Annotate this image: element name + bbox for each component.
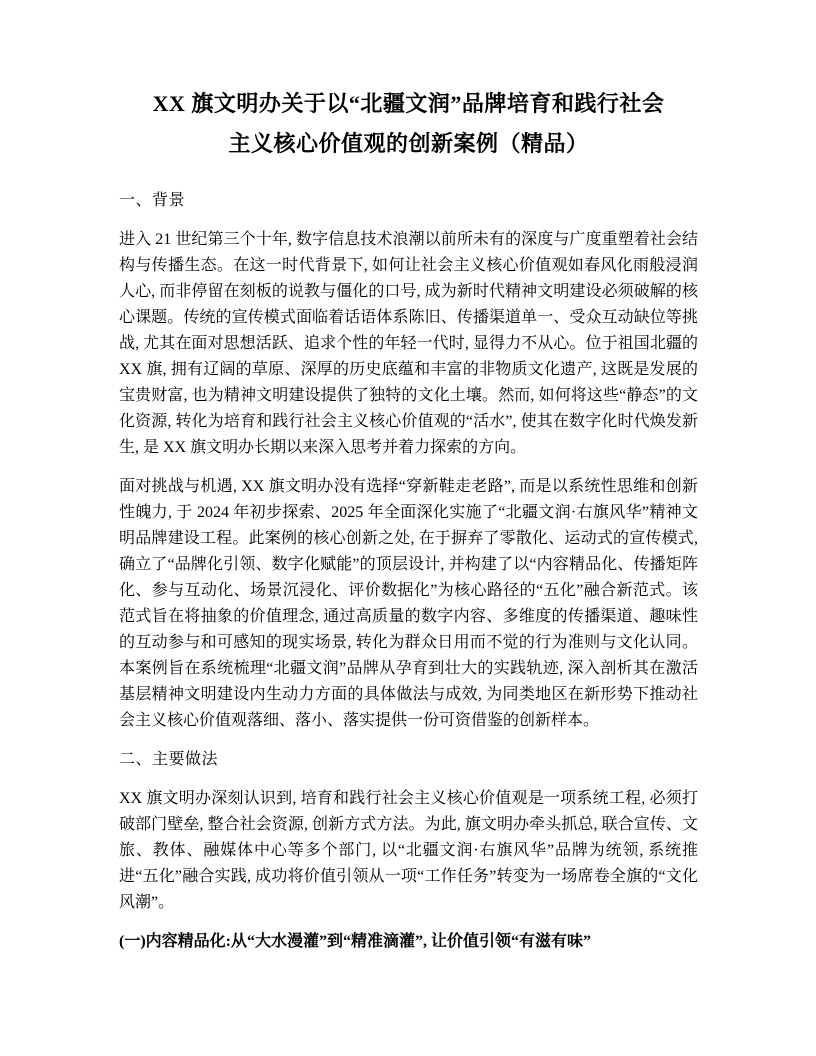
section-heading-background: 一、背景 (119, 188, 698, 214)
document-title-line-2: 主义核心价值观的创新案例（精品） (119, 124, 698, 164)
document-title-line-1: XX 旗文明办关于以“北疆文润”品牌培育和践行社会 (119, 84, 698, 124)
section-heading-main-practices: 二、主要做法 (119, 747, 698, 773)
paragraph-practices-overview: XX 旗文明办深刻认识到, 培育和践行社会主义核心价值观是一项系统工程, 必须打… (119, 786, 698, 916)
document-page: XX 旗文明办关于以“北疆文润”品牌培育和践行社会 主义核心价值观的创新案例（精… (0, 0, 816, 1056)
paragraph-background-innovation: 面对挑战与机遇, XX 旗文明办没有选择“穿新鞋走老路”, 而是以系统性思维和创… (119, 474, 698, 734)
document-title: XX 旗文明办关于以“北疆文润”品牌培育和践行社会 主义核心价值观的创新案例（精… (119, 84, 698, 164)
subsection-heading-content-refinement: (一)内容精品化:从“大水漫灌”到“精准滴灌”, 让价值引领“有滋有味” (119, 929, 698, 955)
paragraph-background-context: 进入 21 世纪第三个十年, 数字信息技术浪潮以前所未有的深度与广度重塑着社会结… (119, 227, 698, 461)
